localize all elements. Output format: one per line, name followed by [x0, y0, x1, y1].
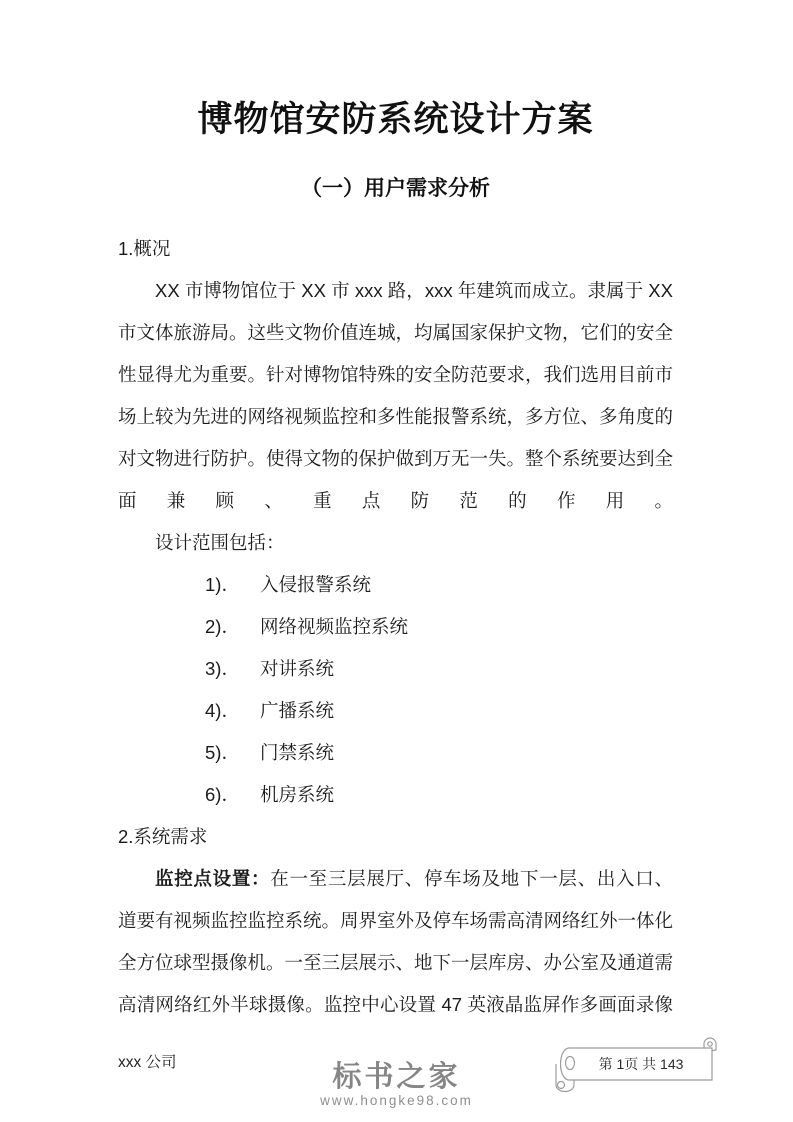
- list-item-number: 6)．: [205, 774, 260, 816]
- list-item-text: 网络视频监控系统: [260, 616, 408, 637]
- document-body: 1.概况 XX 市博物馆位于 XX 市 xxx 路，xxx 年建筑而成立。隶属于…: [118, 228, 673, 1026]
- scope-label: 设计范围包括：: [118, 522, 673, 564]
- list-item-number: 5)．: [205, 732, 260, 774]
- paragraph-line: 道要有视频监控监控系统。周界室外及停车场需高清网络红外一体化: [118, 900, 673, 942]
- list-item-text: 对讲系统: [260, 658, 334, 679]
- list-item-text: 入侵报警系统: [260, 574, 371, 595]
- paragraph-line: 对文物进行防护。使得文物的保护做到万无一失。整个系统要达到全: [118, 438, 673, 480]
- list-item-text: 机房系统: [260, 784, 334, 805]
- requirements-heading: 2.系统需求: [118, 816, 673, 858]
- list-item: 4)．广播系统: [118, 690, 673, 732]
- paragraph-line: 面兼顾、重点防范的作用。: [118, 480, 673, 522]
- list-item: 5)．门禁系统: [118, 732, 673, 774]
- list-item: 2)．网络视频监控系统: [118, 606, 673, 648]
- paragraph-line: 市文体旅游局。这些文物价值连城，均属国家保护文物，它们的安全: [118, 312, 673, 354]
- paragraph-line: XX 市博物馆位于 XX 市 xxx 路，xxx 年建筑而成立。隶属于 XX: [118, 270, 673, 312]
- requirements-paragraph: 道要有视频监控监控系统。周界室外及停车场需高清网络红外一体化全方位球型摄像机。一…: [118, 900, 673, 1026]
- requirements-bold-label: 监控点设置：: [155, 868, 270, 889]
- list-item: 3)．对讲系统: [118, 648, 673, 690]
- footer-company: xxx 公司: [118, 1050, 177, 1072]
- list-item-number: 2)．: [205, 606, 260, 648]
- paragraph-line: 场上较为先进的网络视频监控和多性能报警系统，多方位、多角度的: [118, 396, 673, 438]
- page-title: 博物馆安防系统设计方案: [118, 98, 673, 142]
- section-heading: （一）用户需求分析: [118, 174, 673, 204]
- requirements-first-line: 监控点设置：在一至三层展厅、停车场及地下一层、出入口、通: [118, 858, 673, 900]
- list-item: 1)．入侵报警系统: [118, 564, 673, 606]
- list-item: 6)．机房系统: [118, 774, 673, 816]
- list-item-text: 广播系统: [260, 700, 334, 721]
- page-number-banner: 第 1页 共 143: [552, 1036, 724, 1096]
- page-number: 第 1页 共 143: [564, 1049, 718, 1079]
- paragraph-line: 性显得尤为重要。针对博物馆特殊的安全防范要求，我们选用目前市: [118, 354, 673, 396]
- document-page: 博物馆安防系统设计方案 （一）用户需求分析 1.概况 XX 市博物馆位于 XX …: [0, 0, 793, 1122]
- list-item-number: 1)．: [205, 564, 260, 606]
- list-item-text: 门禁系统: [260, 742, 334, 763]
- paragraph-line: 高清网络红外半球摄像。监控中心设置 47 英液晶监屏作多画面录像: [118, 984, 673, 1026]
- list-item-number: 3)．: [205, 648, 260, 690]
- overview-heading: 1.概况: [118, 228, 673, 270]
- paragraph-line: 全方位球型摄像机。一至三层展示、地下一层库房、办公室及通道需: [118, 942, 673, 984]
- list-item-number: 4)．: [205, 690, 260, 732]
- scope-list: 1)．入侵报警系统2)．网络视频监控系统3)．对讲系统4)．广播系统5)．门禁系…: [118, 564, 673, 816]
- overview-paragraph: XX 市博物馆位于 XX 市 xxx 路，xxx 年建筑而成立。隶属于 XX市文…: [118, 270, 673, 522]
